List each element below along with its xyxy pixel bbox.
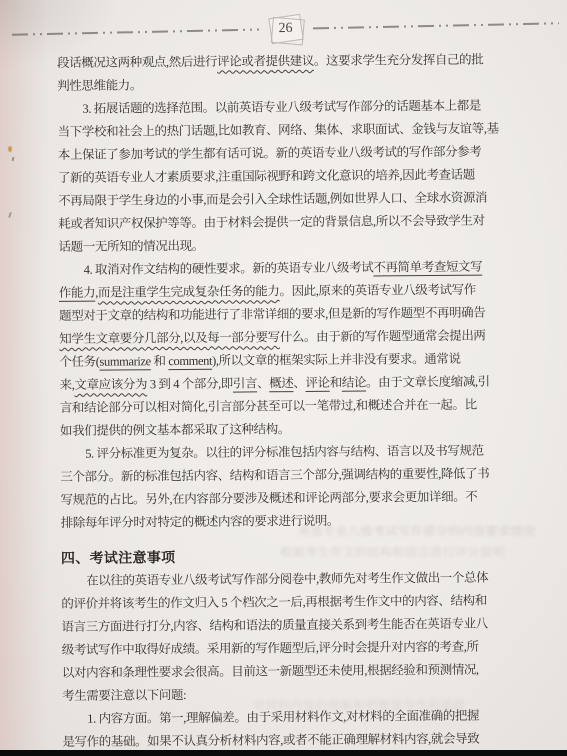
text-line: 来,文章应该分为 3 到 4 个部分,即引言、概述、评论和结论。由于文章长度缩减… — [60, 370, 554, 397]
text-segment: 四、考试注意事项 — [61, 549, 176, 566]
text-segment: 言和结论部分可以相对简化,引言部分甚至可以一笔带过,和概述合并在一起。比 — [60, 398, 477, 415]
margin-mark-tick — [12, 157, 15, 161]
page-number: 26 — [278, 21, 292, 37]
text-segment: 段话概况这两种观点,然后进行 — [57, 55, 217, 70]
text-segment: 。由于文章长度缩减,引 — [366, 375, 490, 390]
underlined-text: summarize — [99, 354, 150, 368]
text-segment: 当下学校和社会上的热门话题,比如教育、网络、集体、求职面试、金钱与友谊等,基 — [58, 121, 499, 138]
text-segment: 本上保证了参加考试的学生都有话可说。新的英语专业八级考试的写作部分参考 — [58, 145, 482, 162]
text-segment: 、 — [293, 376, 305, 390]
text-segment: 考生需要注意以下问题: — [62, 688, 186, 703]
header-rule-right — [312, 22, 558, 29]
text-segment: 是写作的基础。如果不认真分析材料内容,或者不能正确理解材料内容,就会导致 — [62, 732, 479, 749]
text-segment: 的评价并将该考生的作文归入 5 个档次之一后,再根据考生作文中的内容、结构和 — [61, 594, 487, 611]
text-segment: 4. 取消对作文结构的硬性要求。新的英语专业八级考试 — [84, 260, 374, 276]
text-segment: 和 — [330, 376, 342, 390]
underlined-text: 评论或者提供建议 — [217, 54, 314, 69]
text-line: 段话概况这两种观点,然后进行评论或者提供建议。这要求学生充分发挥自己的批 — [57, 48, 551, 75]
underlined-text: 不再简单考查短文写 — [373, 260, 482, 275]
text-segment: 1. 内容方面。第一,理解偏差。由于采用材料作文,对材料的全面准确的把握 — [87, 709, 479, 726]
underlined-text: 文章应该分为 — [74, 377, 147, 392]
text-segment: 语言三方面进行打分,内容、结构和语法的质量直接关系到考生能否在英语专业八 — [61, 617, 487, 634]
text-line: 知学生文章要分几部分,以及每一部分要写什么。由于新的写作题型通常会提出两 — [59, 324, 553, 351]
text-segment: 级考试写作中取得好成绩。采用新的写作题型后,评分时会提升对内容的考查,所 — [62, 640, 479, 657]
text-segment: 和 — [151, 354, 169, 368]
text-segment: 。这要求学生充分发挥自己的批 — [314, 53, 484, 68]
text-segment: 判性思维能力。 — [57, 78, 142, 93]
text-line: 三个部分。新的标准包括内容、结构和语言三个部分,强调结构的重要性,降低了书 — [60, 462, 554, 489]
text-segment: 三个部分。新的标准包括内容、结构和语言三个部分,强调结构的重要性,降低了书 — [60, 467, 489, 484]
text-segment: 不再局限于学生身边的小事,而是会引入全球性话题,例如世界人口、全球水资源消 — [58, 191, 487, 208]
underlined-text: 而是注重学生完成复杂任务的能力 — [98, 284, 280, 299]
underlined-text: 知学生文章要分几部分,以及每一部分要写 — [59, 330, 280, 346]
underlined-text: 结论 — [342, 376, 366, 390]
text-segment: 5. 评分标准更为复杂。以往的评分标准包括内容与结构、语言以及书写规范 — [85, 444, 484, 461]
text-segment: 如我们提供的例文基本都采取了这种结构。 — [60, 422, 290, 438]
margin-mark-quote — [8, 212, 12, 218]
margin-mark-dot — [8, 146, 12, 152]
underlined-text: 评论 — [305, 376, 329, 390]
text-segment: 、 — [257, 376, 269, 390]
text-segment: 个任务( — [59, 355, 99, 369]
underlined-text: comment — [168, 354, 212, 368]
text-segment: 来, — [60, 378, 75, 392]
text-segment: 。因此,原来的英语专业八级考试写作 — [279, 283, 475, 299]
text-segment: 写规范的占比。另外,在内容部分要涉及概述和评论两部分,要求会更加详细。不 — [60, 490, 477, 507]
text-segment: 耗或者知识产权保护等等。由于材料会提供一定的背景信息,所以不会导致学生对 — [58, 214, 484, 231]
text-segment: ),所以文章的框架实际上并非没有要求。通常说 — [212, 352, 461, 368]
text-segment: 题型对于文章的结构和功能进行了非常详细的要求,但是新的写作题型不再明确告 — [59, 306, 485, 323]
text-line: 排除每年评分时对特定的概述内容的要求进行说明。 — [61, 508, 555, 535]
text-segment: 3. 拓展话题的选择范围。以前英语专业八级考试写作部分的话题基本上都是 — [82, 99, 481, 116]
underlined-text: 引言 — [233, 376, 257, 390]
text-segment: 以对内容和条理性要求会很高。目前这一新题型还未使用,根据经验和预测情况, — [62, 663, 479, 680]
header-rule-left — [12, 29, 258, 36]
underlined-text: 概述 — [269, 376, 293, 390]
text-segment: 了新的英语专业人才素质要求,注重国际视野和跨文化意识的培养,因此考查话题 — [58, 168, 475, 185]
page-header: 26 — [12, 6, 560, 51]
text-segment: 排除每年评分时对特定的概述内容的要求进行说明。 — [61, 514, 339, 530]
text-line: 语言三方面进行打分,内容、结构和语法的质量直接关系到考生能否在英语专业八 — [61, 612, 555, 639]
text-segment: 3 到 4 个部分,即 — [147, 377, 233, 392]
text-segment: 话题一无所知的情况出现。 — [58, 239, 203, 254]
text-line: 4. 取消对作文结构的硬性要求。新的英语专业八级考试不再简单考查短文写 — [59, 255, 553, 282]
scan-bottom-edge — [0, 750, 567, 756]
underlined-text: 作能力 — [59, 286, 95, 300]
text-segment: 什么。由于新的写作题型通常会提出两 — [280, 329, 486, 345]
text-line: 耗或者知识产权保护等等。由于材料会提供一定的背景信息,所以不会导致学生对 — [58, 209, 552, 236]
page-number-box: 26 — [268, 15, 303, 44]
scanned-page: 26 英语专业八级考试写作部分的内容要求情况 根据考生作文的结构和语言进行评分说… — [0, 0, 567, 756]
page-text: 段话概况这两种观点,然后进行评论或者提供建议。这要求学生充分发挥自己的批判性思维… — [57, 48, 556, 754]
text-line: 本上保证了参加考试的学生都有话可说。新的英语专业八级考试的写作部分参考 — [58, 140, 552, 167]
page-left-edge-shading — [0, 0, 48, 756]
text-segment: 在以往的英语专业八级考试写作部分阅卷中,教师先对考生作文做出一个总体 — [86, 571, 488, 588]
